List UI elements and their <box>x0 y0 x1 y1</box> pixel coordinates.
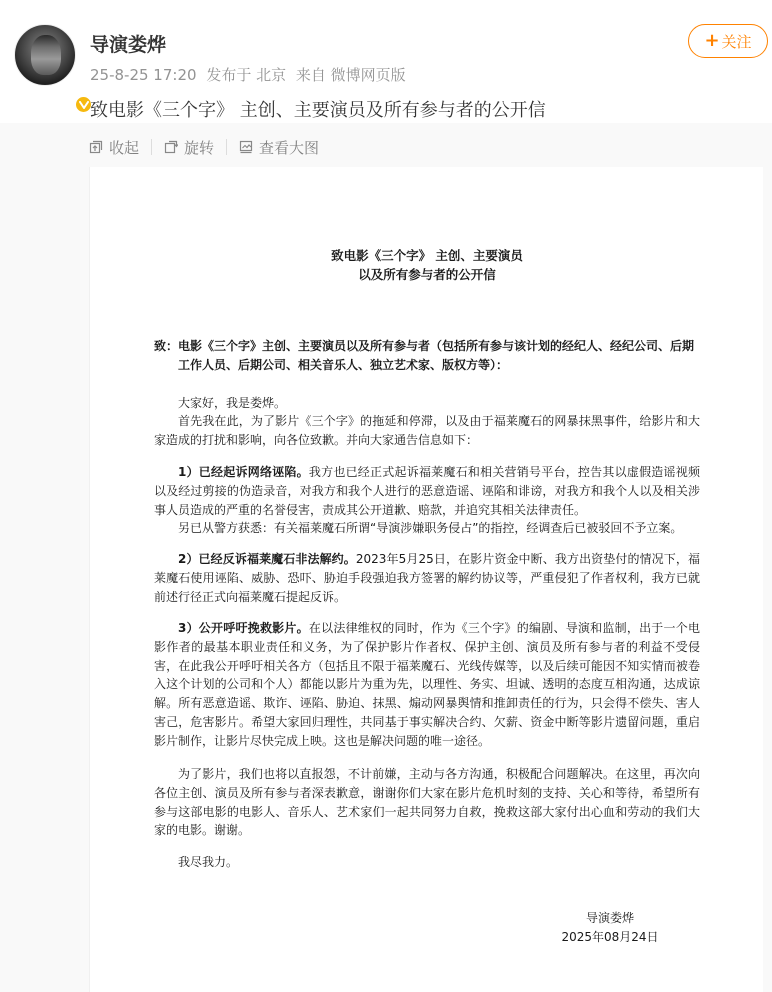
point-3-heading: 3）公开呼吁挽救影片。 <box>178 621 309 635</box>
plus-icon: + <box>704 32 719 50</box>
letter-intro: 首先我在此，为了影片《三个字》的拖延和停滞，以及由于福莱魔石的网暴抹黑事件，给影… <box>154 412 700 450</box>
letter-recipient: 致：电影《三个字》主创、主要演员以及所有参与者（包括所有参与该计划的经纪人、经纪… <box>154 337 700 375</box>
letter-point-3: 3）公开呼吁挽救影片。在以法律维权的同时，作为《三个字》的编剧、导演和监制，出于… <box>154 619 700 751</box>
view-original-icon <box>239 140 253 154</box>
point-3-body: 在以法律维权的同时，作为《三个字》的编剧、导演和监制，出于一个电影作者的最基本职… <box>154 621 700 748</box>
letter-point-1-note: 另已从警方获悉：有关福莱魔石所谓“导演涉嫌职务侵占”的指控，经调查后已被驳回不予… <box>154 519 700 538</box>
rotate-button[interactable]: 旋转 <box>164 137 214 158</box>
point-1-heading: 1）已经起诉网络诬陷。 <box>178 465 309 479</box>
letter-point-2: 2）已经反诉福莱魔石非法解约。2023年5月25日，在影片资金中断、我方出资垫付… <box>154 550 700 606</box>
post-header: 导演娄烨 25-8-25 17:20 发布于 北京 来自 微博网页版 致电影《三… <box>0 0 772 123</box>
follow-button[interactable]: + 关注 <box>688 24 768 58</box>
post-meta: 25-8-25 17:20 发布于 北京 来自 微博网页版 <box>90 64 411 85</box>
toolbar-divider <box>226 139 227 155</box>
media-toolbar: 收起 旋转 查看大图 <box>89 135 319 159</box>
avatar-photo <box>31 35 61 75</box>
media-viewer: 收起 旋转 查看大图 致电影《三个字》 主创、主要演员 以及所有参与者的公开信 <box>0 123 772 992</box>
letter-final-line: 我尽我力。 <box>154 853 700 872</box>
letter-title-line1: 致电影《三个字》 主创、主要演员 <box>90 246 764 265</box>
follow-label: 关注 <box>722 31 752 52</box>
letter-point-1: 1）已经起诉网络诬陷。我方也已经正式起诉福莱魔石和相关营销号平台，控告其以虚假造… <box>154 463 700 519</box>
letter-signature: 导演娄烨 <box>510 909 710 928</box>
view-original-button[interactable]: 查看大图 <box>239 137 319 158</box>
letter-closing: 为了影片，我们也将以直报怨，不计前嫌，主动与各方沟通，积极配合问题解决。在这里，… <box>154 765 700 840</box>
post-location: 发布于 北京 <box>206 66 286 84</box>
rotate-label: 旋转 <box>184 137 214 158</box>
collapse-button[interactable]: 收起 <box>89 137 139 158</box>
letter-date: 2025年08月24日 <box>510 928 710 947</box>
letter-image[interactable]: 致电影《三个字》 主创、主要演员 以及所有参与者的公开信 致：电影《三个字》主创… <box>89 167 763 992</box>
avatar[interactable] <box>14 24 76 86</box>
post-source: 来自 微博网页版 <box>296 66 406 84</box>
letter-greeting: 大家好，我是娄烨。 <box>154 394 700 413</box>
letter-title-line2: 以及所有参与者的公开信 <box>90 265 764 284</box>
collapse-icon <box>89 140 103 154</box>
collapse-label: 收起 <box>109 137 139 158</box>
point-2-heading: 2）已经反诉福莱魔石非法解约。 <box>178 552 356 566</box>
post-text: 致电影《三个字》 主创、主要演员及所有参与者的公开信 <box>90 96 546 122</box>
rotate-icon <box>164 140 178 154</box>
toolbar-divider <box>151 139 152 155</box>
post-timestamp[interactable]: 25-8-25 17:20 <box>90 66 197 84</box>
username-link[interactable]: 导演娄烨 <box>90 30 166 57</box>
view-original-label: 查看大图 <box>259 137 319 158</box>
